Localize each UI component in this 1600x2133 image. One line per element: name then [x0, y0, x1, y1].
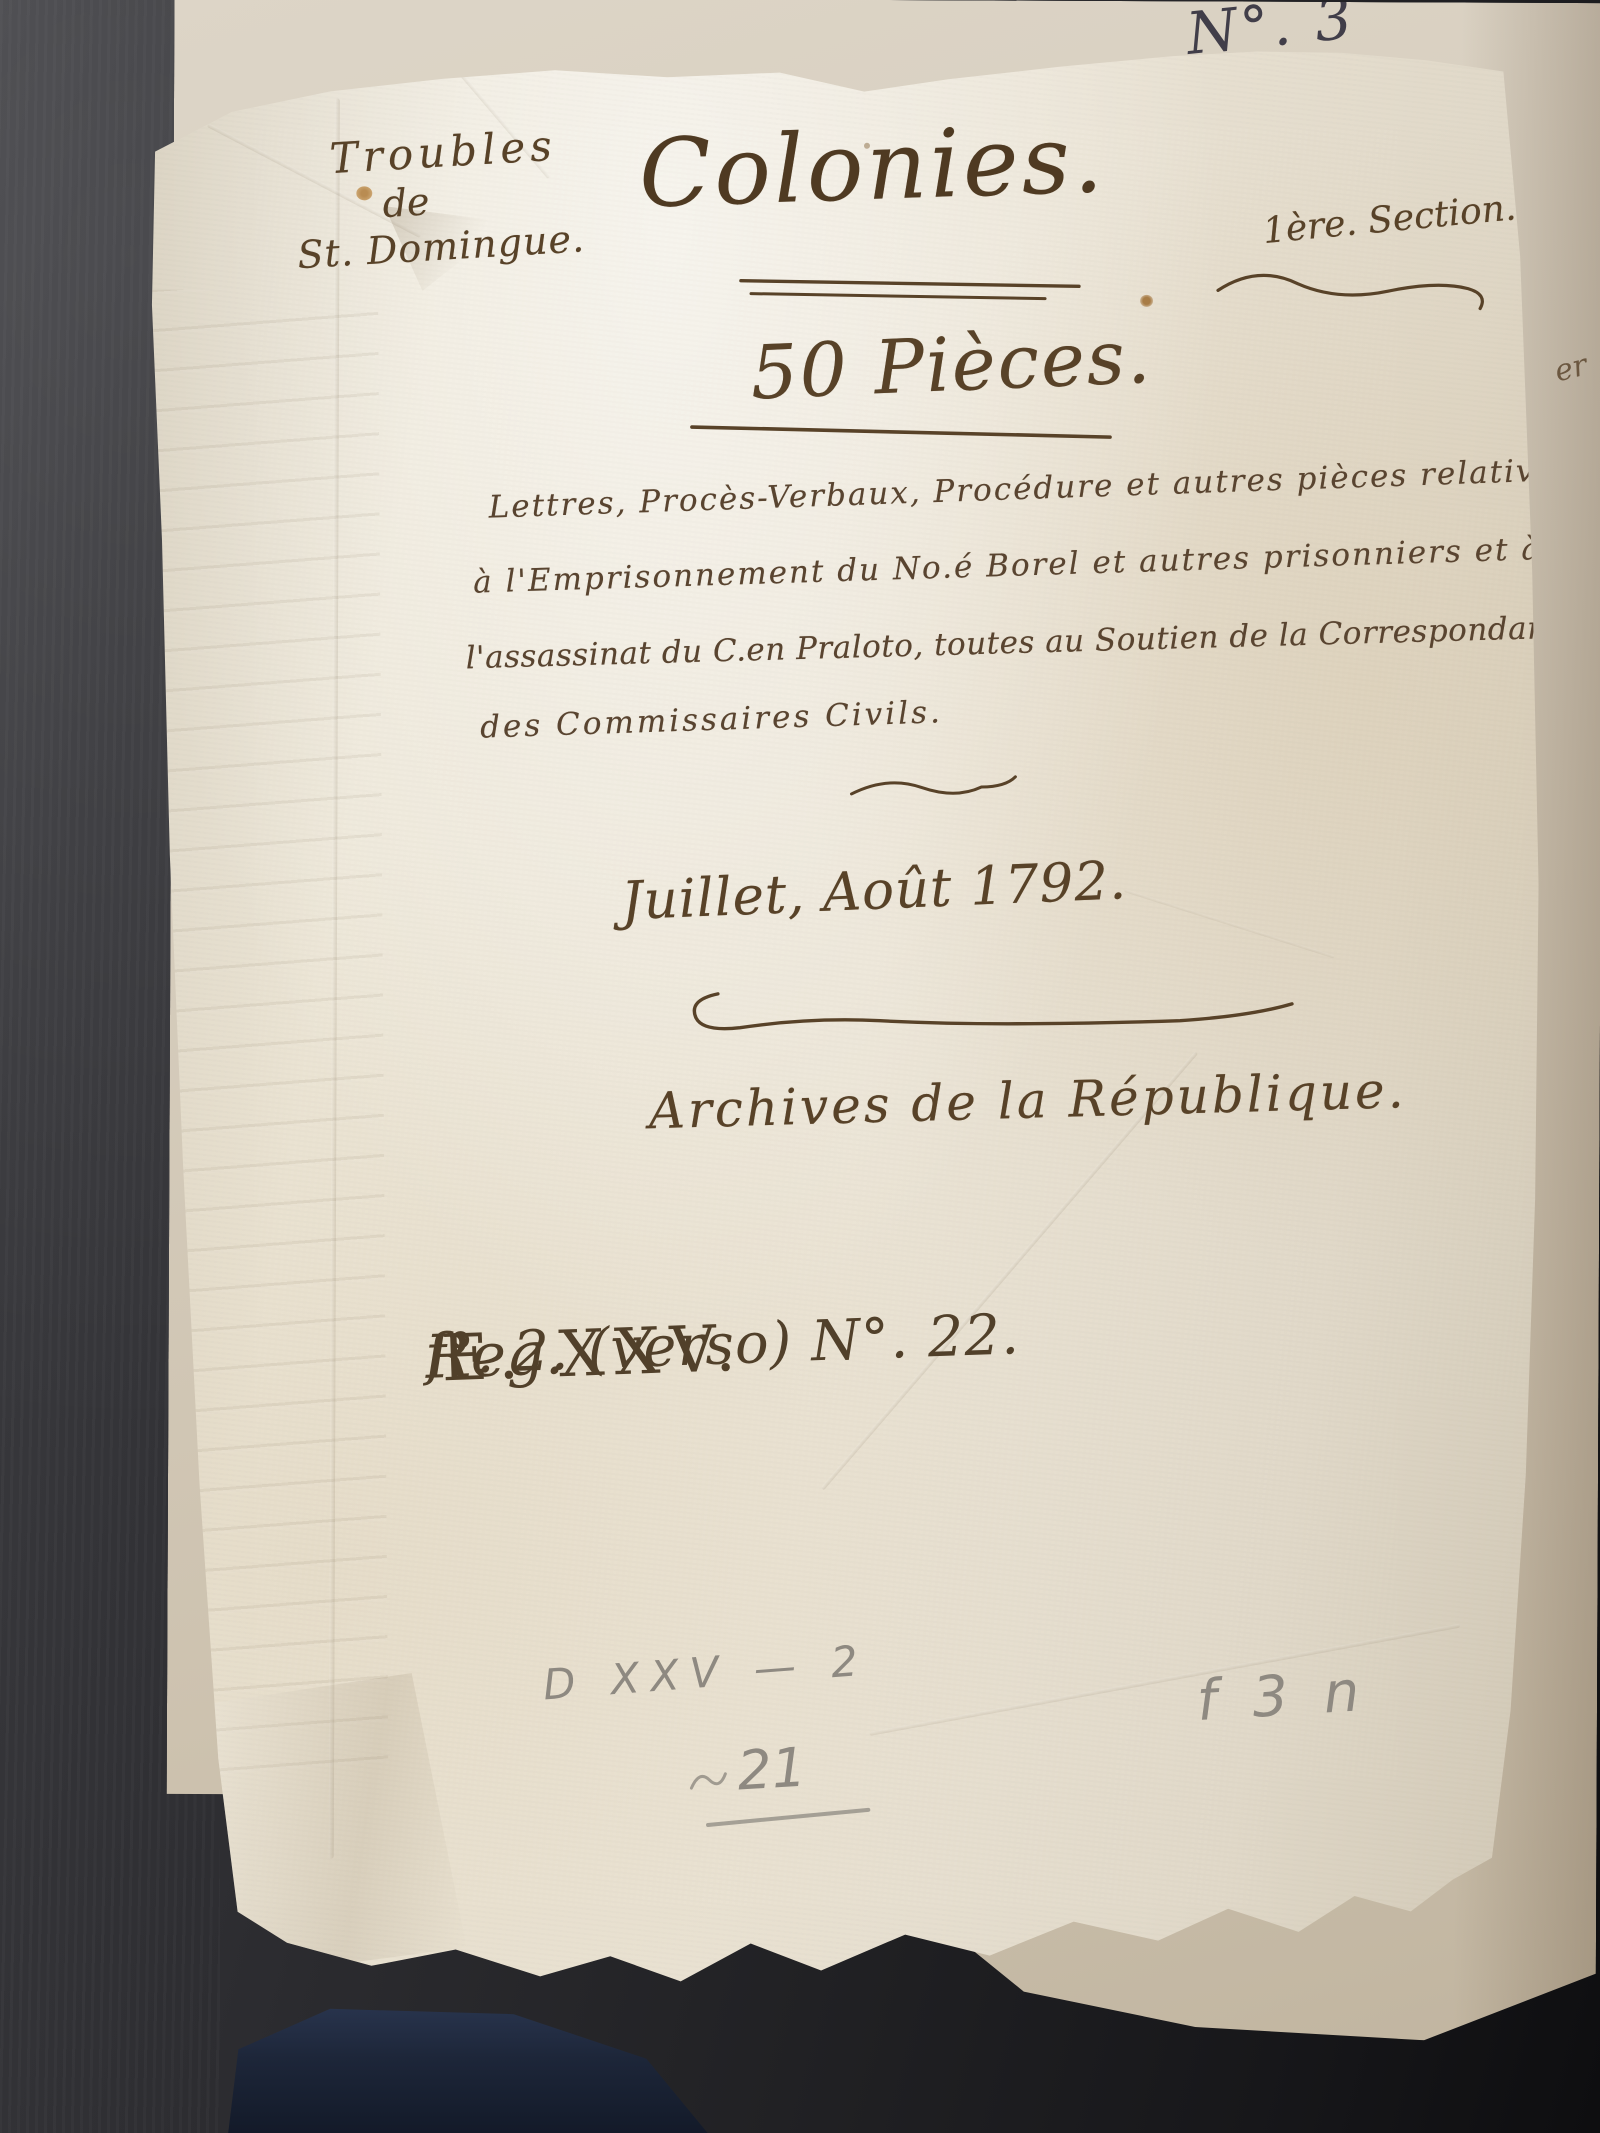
description-line: à l'Emprisonnement du No.é Borel et autr… [473, 531, 1543, 601]
section-flourish-underline [1210, 258, 1510, 316]
paper-hole [356, 186, 372, 200]
description-line: Lettres, Procès-Verbaux, Procédure et au… [488, 452, 1574, 526]
description-line: des Commissaires Civils. [480, 694, 944, 745]
pencil-folio-note: f 3 n [1195, 1659, 1370, 1734]
corner-note-line: St. Domingue. [296, 216, 586, 277]
pencil-item-number: 21 [736, 1736, 808, 1803]
pencil-squiggle [685, 1761, 733, 1797]
ink-blot [1140, 295, 1153, 307]
edge-text-fragment: er [1551, 348, 1591, 390]
title-underline [735, 271, 1085, 305]
date-line: Juillet, Août 1792. [620, 850, 1128, 932]
crease [869, 1624, 1460, 1736]
piece-count-underline [686, 418, 1116, 447]
pencil-series-note: D XXV — 2 [541, 1636, 870, 1710]
cover-page: Troubles de St. Domingue. Colonies. 1ère… [133, 20, 1552, 1995]
description-line: l'assassinat du C.en Praloto, toutes au … [465, 609, 1585, 676]
date-flourish-underline [680, 972, 1320, 1042]
description-flourish-underline [843, 769, 1023, 808]
document-title: Colonies. [637, 105, 1107, 229]
piece-count: 50 Pièces. [749, 314, 1154, 417]
pencil-underline [706, 1808, 871, 1828]
section-label: 1ère. Section. [1261, 187, 1518, 252]
corner-note: Troubles de St. Domingue. [290, 119, 586, 277]
reference-folio: f°. 2. (verso) N°. 22. [424, 1302, 1021, 1388]
crease [329, 99, 340, 1859]
crease [1124, 889, 1335, 958]
archive-line: Archives de la République. [648, 1061, 1407, 1140]
paper-speck [864, 143, 870, 149]
photo-of-archival-document: N°. 3 er Troubles de St. Domingue. Colon… [0, 0, 1600, 2133]
